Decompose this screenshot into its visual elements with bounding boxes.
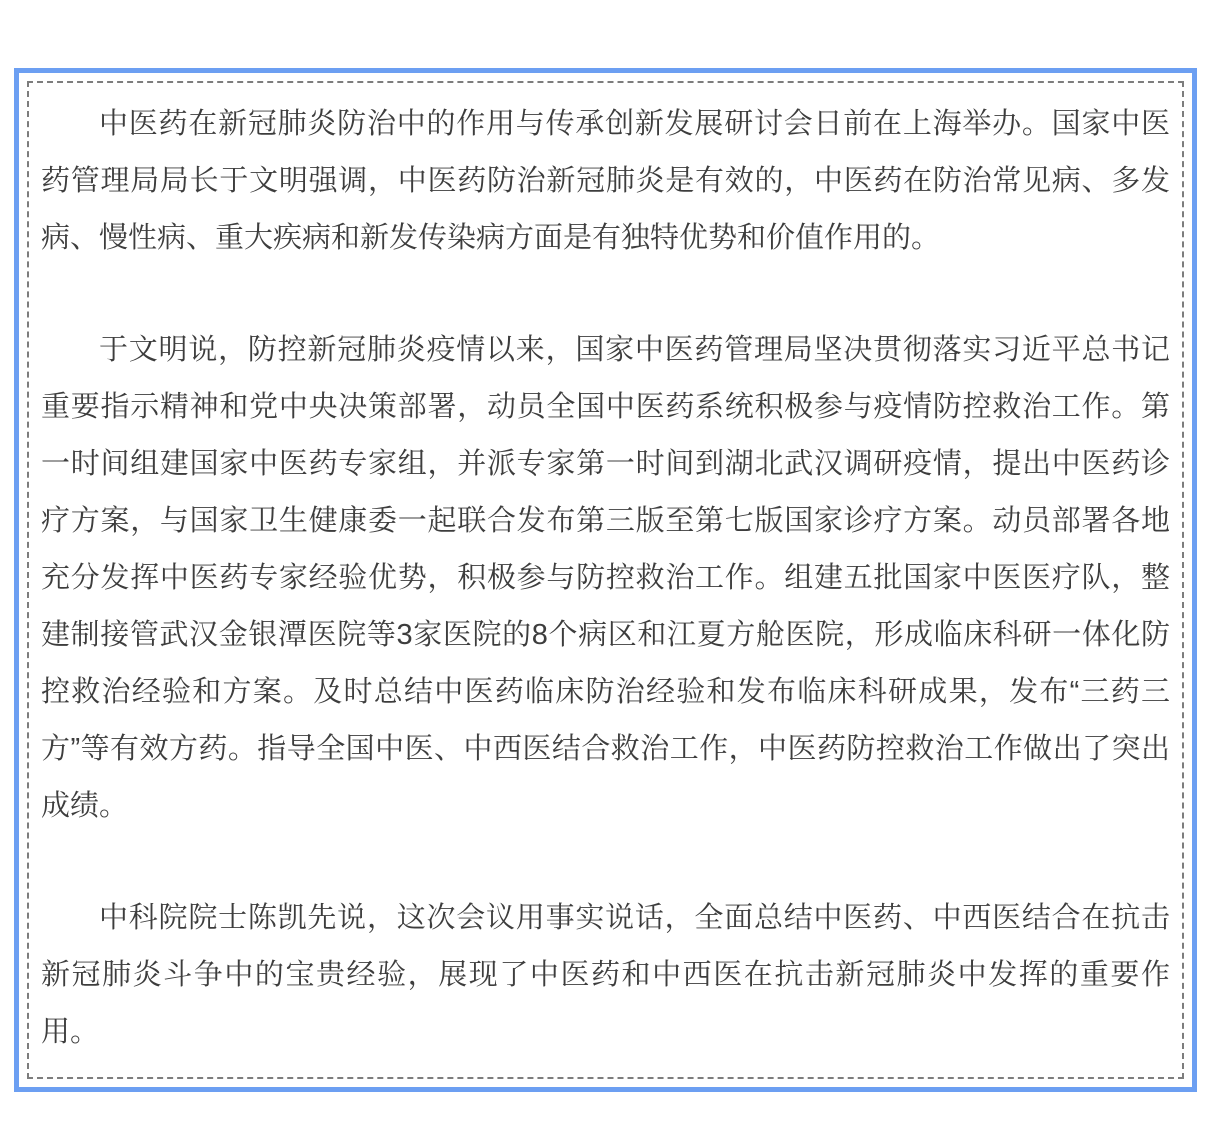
article-paragraph: 中科院院士陈凯先说，这次会议用事实说话，全面总结中医药、中西医结合在抗击新冠肺炎… [41, 890, 1170, 1061]
article-body: 中医药在新冠肺炎防治中的作用与传承创新发展研讨会日前在上海举办。国家中医药管理局… [41, 96, 1170, 1061]
article-dashed-box: 中医药在新冠肺炎防治中的作用与传承创新发展研讨会日前在上海举办。国家中医药管理局… [27, 81, 1184, 1079]
article-border-box: 中医药在新冠肺炎防治中的作用与传承创新发展研讨会日前在上海举办。国家中医药管理局… [14, 68, 1197, 1092]
article-paragraph: 于文明说，防控新冠肺炎疫情以来，国家中医药管理局坚决贯彻落实习近平总书记重要指示… [41, 322, 1170, 835]
article-paragraph: 中医药在新冠肺炎防治中的作用与传承创新发展研讨会日前在上海举办。国家中医药管理局… [41, 96, 1170, 267]
